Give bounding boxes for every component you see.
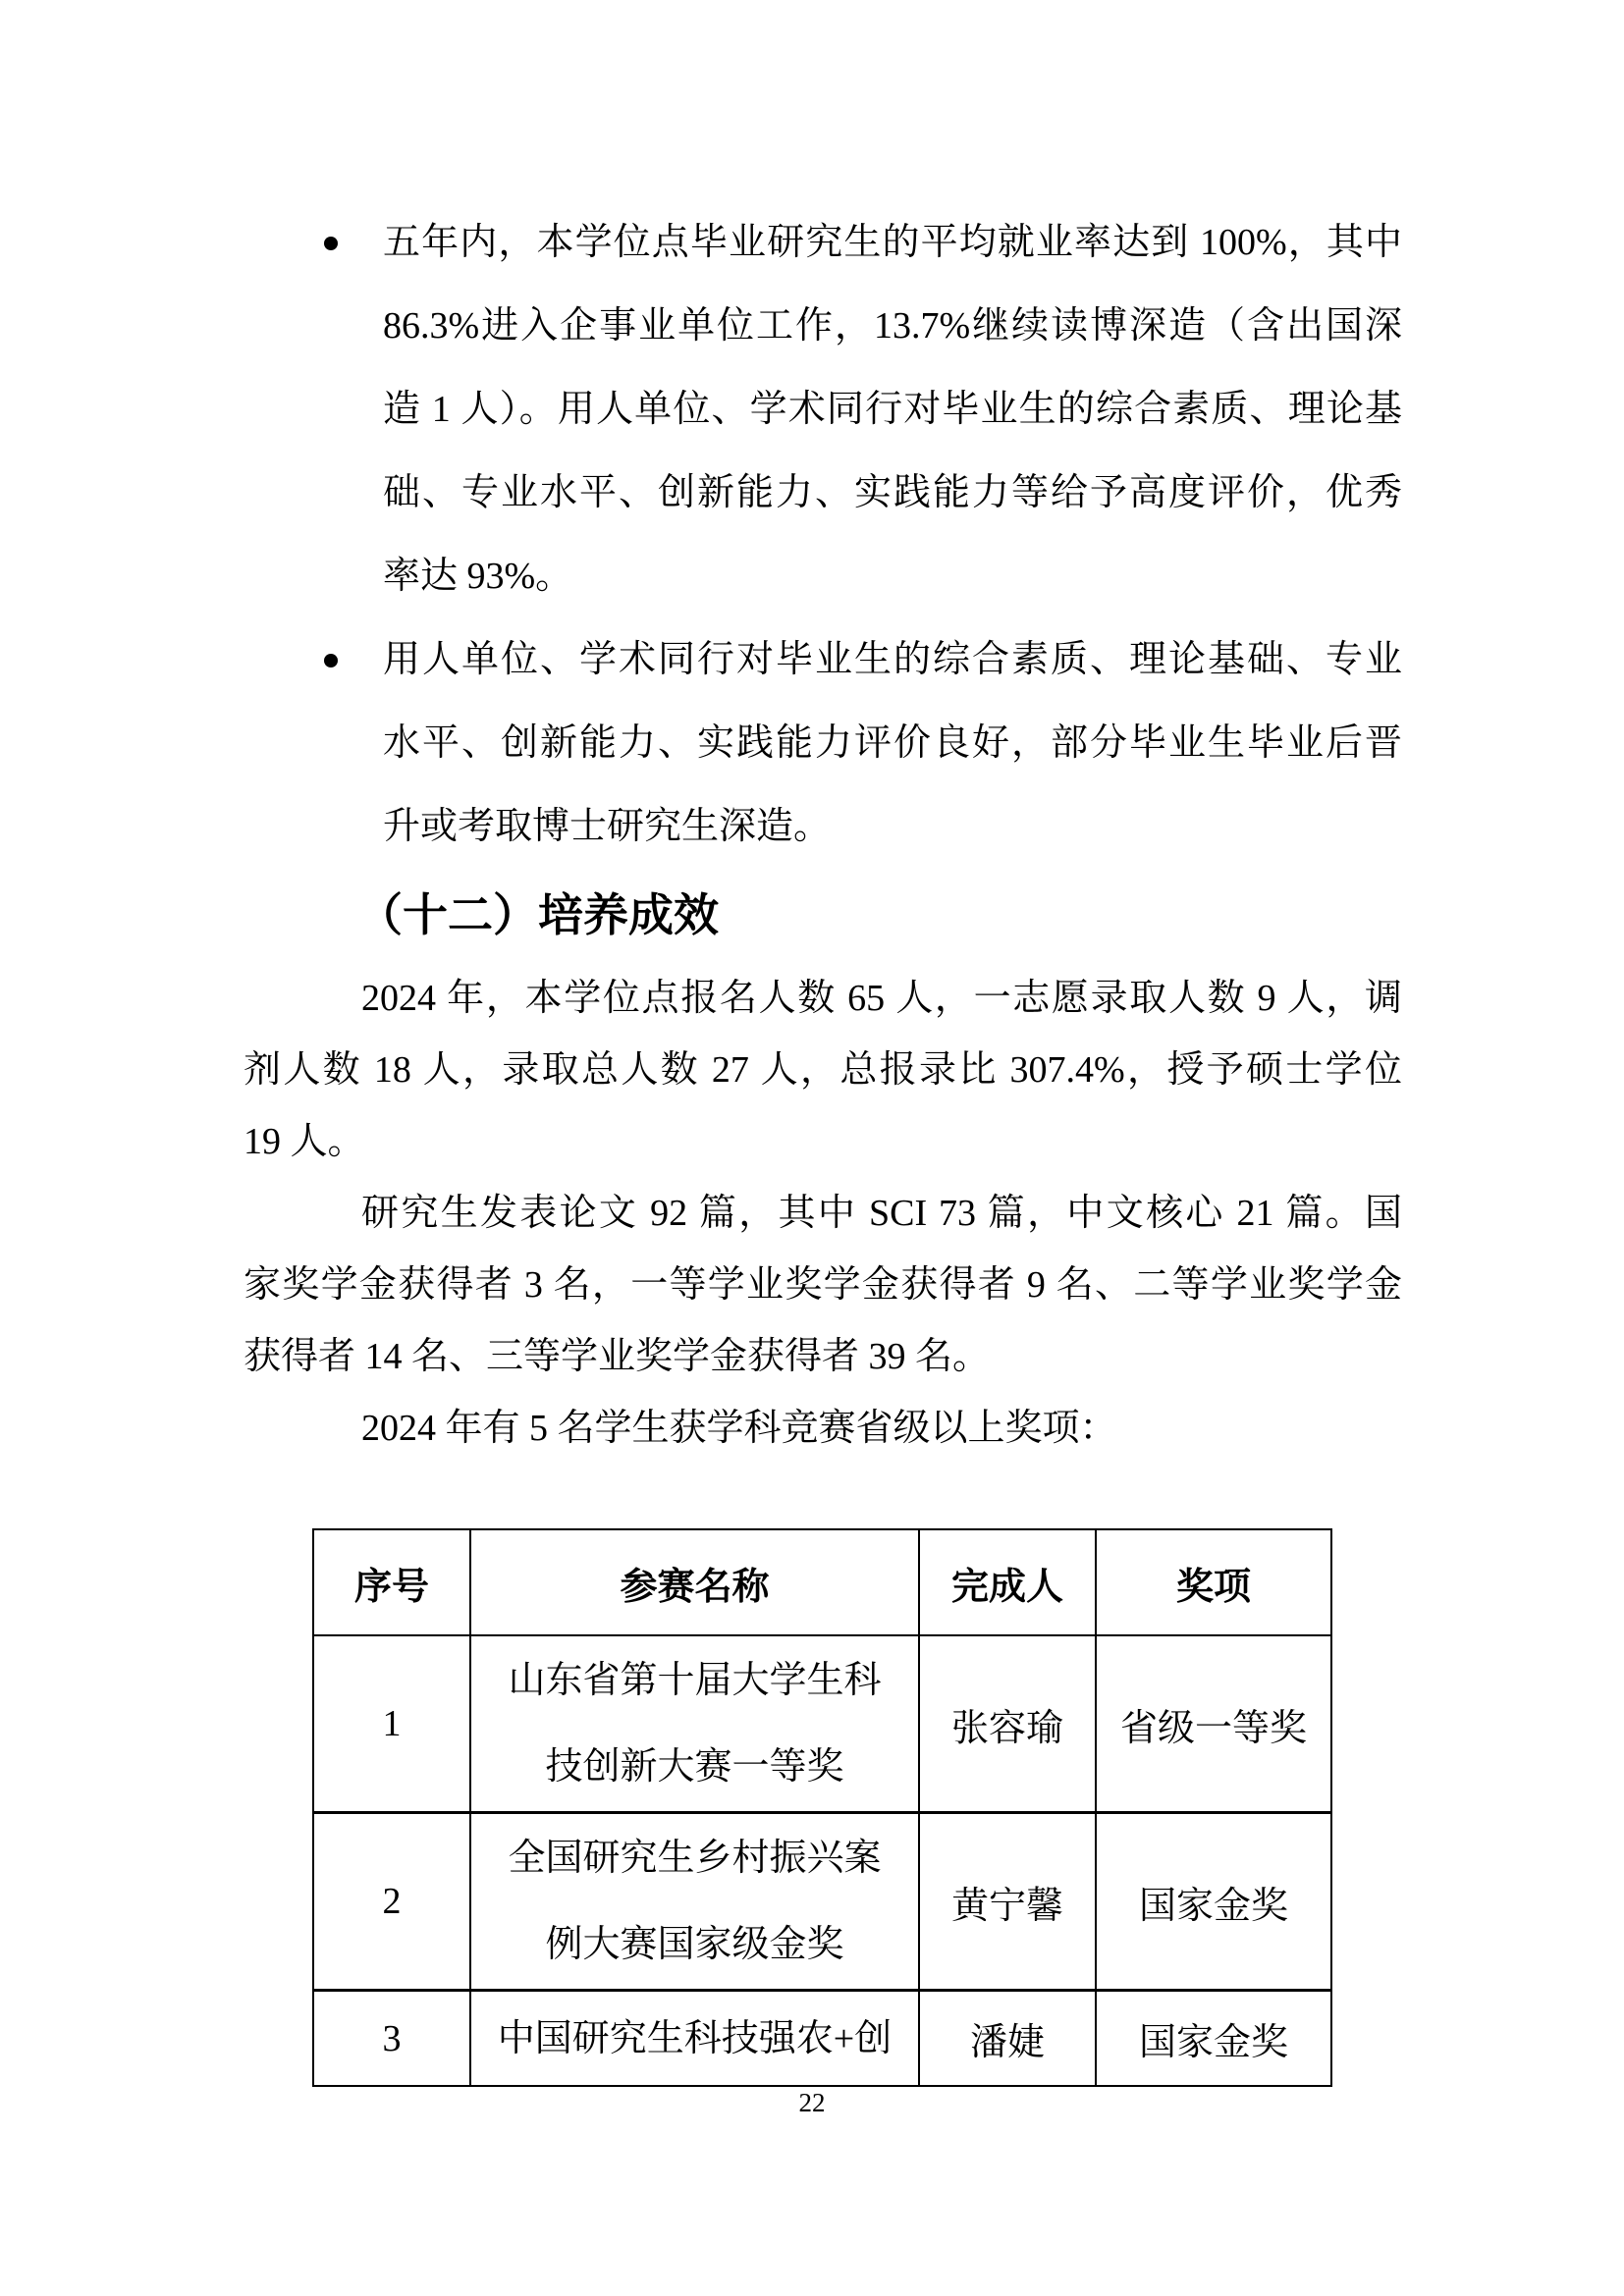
cell-name-line: 中国研究生科技强农+创 (471, 1996, 918, 2082)
paragraph-line: 19 人。 (244, 1106, 1402, 1178)
cell-name: 中国研究生科技强农+创 (470, 1991, 919, 2087)
bullet-line: 86.3%进入企事业单位工作，13.7%继续读博深造（含出国深 (383, 285, 1402, 368)
cell-name-line: 例大赛国家级金奖 (471, 1901, 918, 1988)
paragraph-line: 2024 年有 5 名学生获学科竞赛省级以上奖项： (244, 1393, 1402, 1465)
cell-no: 2 (313, 1813, 470, 1991)
cell-person: 张容瑜 (919, 1635, 1096, 1813)
section-heading: （十二）培养成效 (244, 869, 1402, 963)
cell-no: 3 (313, 1991, 470, 2087)
cell-award: 省级一等奖 (1096, 1635, 1331, 1813)
cell-award: 国家金奖 (1096, 1991, 1331, 2087)
cell-award: 国家金奖 (1096, 1813, 1331, 1991)
paragraph-line: 获得者 14 名、三等学业奖学金获得者 39 名。 (244, 1321, 1402, 1393)
bullet-line: 升或考取博士研究生深造。 (383, 785, 1402, 869)
table-header-cell-award: 奖项 (1096, 1529, 1331, 1635)
paragraph: 2024 年有 5 名学生获学科竞赛省级以上奖项： (244, 1393, 1402, 1465)
table-header-cell-name: 参赛名称 (470, 1529, 919, 1635)
bullet-item: 用人单位、学术同行对毕业生的综合素质、理论基础、专业 水平、创新能力、实践能力评… (244, 618, 1402, 869)
paragraph-line: 剂人数 18 人，录取总人数 27 人，总报录比 307.4%，授予硕士学位 (244, 1035, 1402, 1106)
bullet-line: 水平、创新能力、实践能力评价良好，部分毕业生毕业后晋 (383, 702, 1402, 785)
document-content: 五年内，本学位点毕业研究生的平均就业率达到 100%，其中 86.3%进入企事业… (244, 201, 1402, 2087)
page: 五年内，本学位点毕业研究生的平均就业率达到 100%，其中 86.3%进入企事业… (0, 0, 1624, 2296)
bullet-dot-icon (324, 237, 338, 250)
bullet-dot-icon (324, 654, 338, 667)
bullet-line: 用人单位、学术同行对毕业生的综合素质、理论基础、专业 (383, 618, 1402, 702)
bullet-line: 造 1 人）。用人单位、学术同行对毕业生的综合素质、理论基 (383, 368, 1402, 452)
table-header-cell-no: 序号 (313, 1529, 470, 1635)
table-header-row: 序号 参赛名称 完成人 奖项 (313, 1529, 1331, 1635)
bullet-item: 五年内，本学位点毕业研究生的平均就业率达到 100%，其中 86.3%进入企事业… (244, 201, 1402, 618)
cell-name-line: 山东省第十届大学生科 (471, 1637, 918, 1724)
awards-table: 序号 参赛名称 完成人 奖项 1 山东省第十届大学生科 技创新大赛一等奖 张容瑜… (312, 1528, 1332, 2087)
table-row: 2 全国研究生乡村振兴案 例大赛国家级金奖 黄宁馨 国家金奖 (313, 1813, 1331, 1991)
page-number: 22 (0, 2085, 1624, 2120)
bullet-list: 五年内，本学位点毕业研究生的平均就业率达到 100%，其中 86.3%进入企事业… (244, 201, 1402, 869)
cell-no: 1 (313, 1635, 470, 1813)
bullet-line: 五年内，本学位点毕业研究生的平均就业率达到 100%，其中 (383, 201, 1402, 285)
cell-name-line: 全国研究生乡村振兴案 (471, 1815, 918, 1901)
paragraph-line: 2024 年，本学位点报名人数 65 人，一志愿录取人数 9 人，调 (244, 963, 1402, 1035)
cell-name-line: 技创新大赛一等奖 (471, 1724, 918, 1810)
paragraph: 研究生发表论文 92 篇，其中 SCI 73 篇，中文核心 21 篇。国 家奖学… (244, 1178, 1402, 1393)
cell-name: 全国研究生乡村振兴案 例大赛国家级金奖 (470, 1813, 919, 1991)
bullet-line: 础、专业水平、创新能力、实践能力等给予高度评价，优秀 (383, 452, 1402, 535)
cell-person: 潘婕 (919, 1991, 1096, 2087)
table-row: 3 中国研究生科技强农+创 潘婕 国家金奖 (313, 1991, 1331, 2087)
table-row: 1 山东省第十届大学生科 技创新大赛一等奖 张容瑜 省级一等奖 (313, 1635, 1331, 1813)
paragraph-line: 家奖学金获得者 3 名，一等学业奖学金获得者 9 名、二等学业奖学金 (244, 1250, 1402, 1321)
table-header-cell-person: 完成人 (919, 1529, 1096, 1635)
cell-name: 山东省第十届大学生科 技创新大赛一等奖 (470, 1635, 919, 1813)
paragraph: 2024 年，本学位点报名人数 65 人，一志愿录取人数 9 人，调 剂人数 1… (244, 963, 1402, 1178)
paragraph-line: 研究生发表论文 92 篇，其中 SCI 73 篇，中文核心 21 篇。国 (244, 1178, 1402, 1250)
bullet-line: 率达 93%。 (383, 535, 1402, 618)
cell-person: 黄宁馨 (919, 1813, 1096, 1991)
